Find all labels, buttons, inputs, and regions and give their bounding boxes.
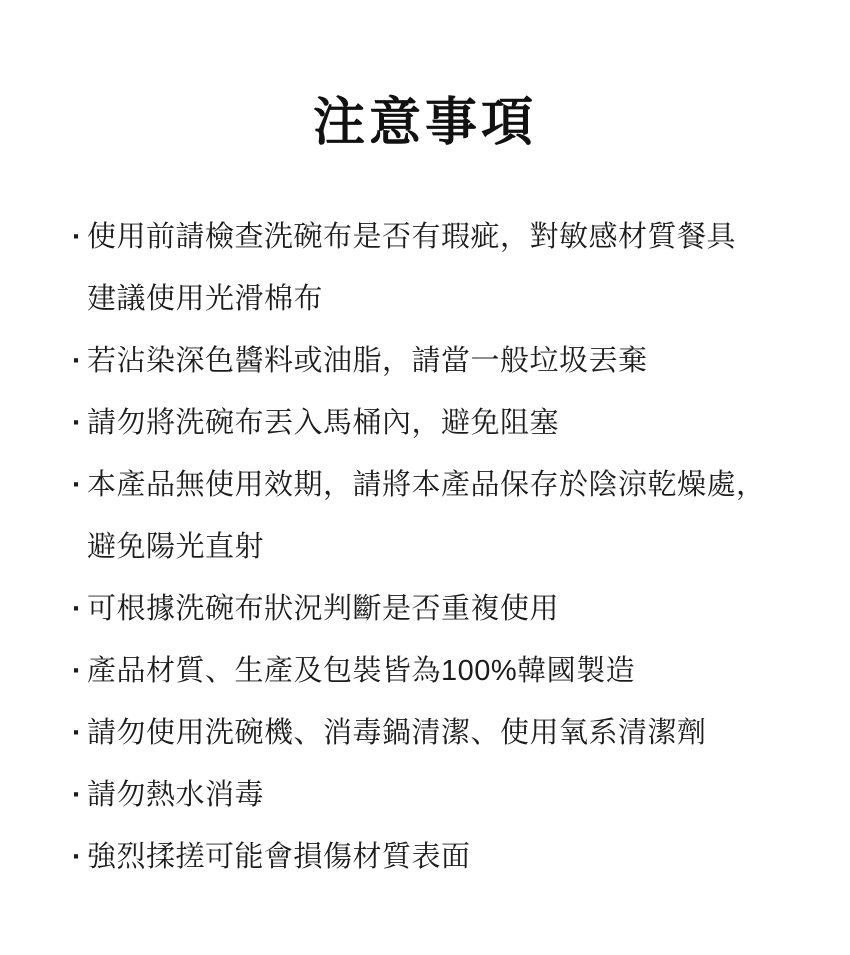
- notice-page: 注意事項 · 使用前請檢查洗碗布是否有瑕疵，對敏感材質餐具 建議使用光滑棉布 ·…: [0, 0, 850, 955]
- note-text: 產品材質、生產及包裝皆為100%韓國製造: [87, 640, 635, 702]
- note-line: · 可根據洗碗布狀況判斷是否重複使用: [72, 578, 810, 640]
- page-title: 注意事項: [0, 0, 850, 154]
- bullet-marker: ·: [72, 702, 87, 764]
- notes-list: · 使用前請檢查洗碗布是否有瑕疵，對敏感材質餐具 建議使用光滑棉布 · 若沾染深…: [72, 206, 810, 888]
- note-line: · 產品材質、生產及包裝皆為100%韓國製造: [72, 640, 810, 702]
- note-text: 避免陽光直射: [87, 516, 264, 578]
- note-line-continuation: 建議使用光滑棉布: [72, 268, 810, 330]
- bullet-marker: ·: [72, 454, 87, 516]
- bullet-marker: ·: [72, 392, 87, 454]
- bullet-marker: ·: [72, 578, 87, 640]
- note-line: · 請勿將洗碗布丟入馬桶內，避免阻塞: [72, 392, 810, 454]
- note-line: · 若沾染深色醬料或油脂，請當一般垃圾丟棄: [72, 330, 810, 392]
- note-line: · 使用前請檢查洗碗布是否有瑕疵，對敏感材質餐具: [72, 206, 810, 268]
- note-text: 強烈揉搓可能會損傷材質表面: [87, 826, 471, 888]
- note-text: 使用前請檢查洗碗布是否有瑕疵，對敏感材質餐具: [87, 206, 736, 268]
- note-text: 請勿熱水消毒: [87, 764, 264, 826]
- note-text: 請勿將洗碗布丟入馬桶內，避免阻塞: [87, 392, 559, 454]
- bullet-marker: ·: [72, 330, 87, 392]
- note-text: 本產品無使用效期，請將本產品保存於陰涼乾燥處，: [87, 454, 766, 516]
- bullet-marker: ·: [72, 206, 87, 268]
- note-line: · 請勿使用洗碗機、消毒鍋清潔、使用氧系清潔劑: [72, 702, 810, 764]
- note-text: 可根據洗碗布狀況判斷是否重複使用: [87, 578, 559, 640]
- note-text: 建議使用光滑棉布: [87, 268, 323, 330]
- bullet-marker: ·: [72, 764, 87, 826]
- note-line: · 本產品無使用效期，請將本產品保存於陰涼乾燥處，: [72, 454, 810, 516]
- note-text: 請勿使用洗碗機、消毒鍋清潔、使用氧系清潔劑: [87, 702, 707, 764]
- note-text: 若沾染深色醬料或油脂，請當一般垃圾丟棄: [87, 330, 648, 392]
- note-line-continuation: 避免陽光直射: [72, 516, 810, 578]
- bullet-marker: ·: [72, 640, 87, 702]
- note-line: · 請勿熱水消毒: [72, 764, 810, 826]
- note-line: · 強烈揉搓可能會損傷材質表面: [72, 826, 810, 888]
- bullet-marker: ·: [72, 826, 87, 888]
